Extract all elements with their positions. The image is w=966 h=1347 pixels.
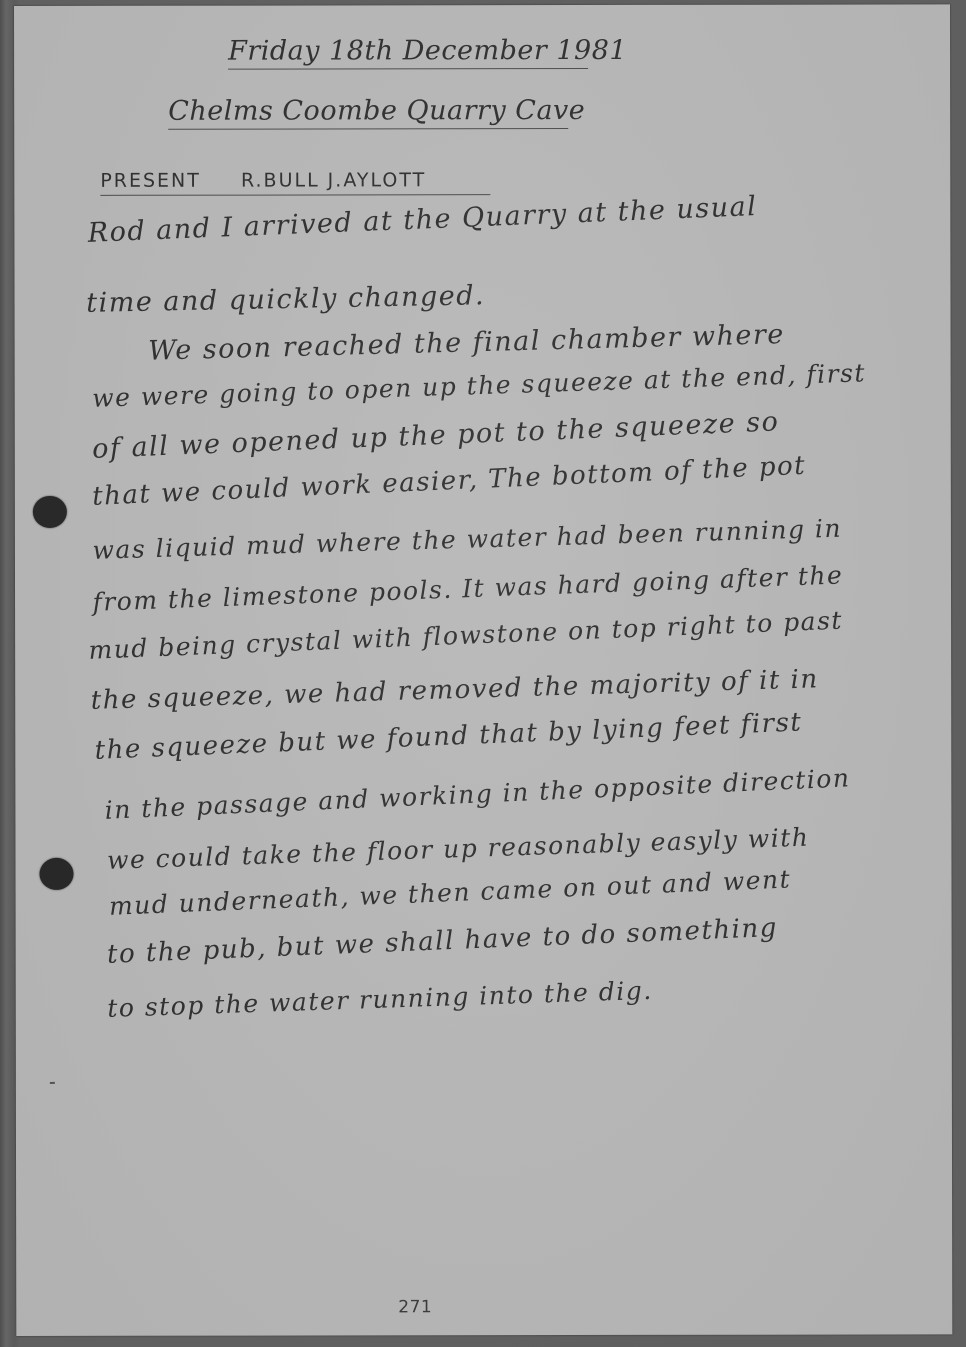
date-heading: Friday 18th December 1981 <box>228 35 588 70</box>
body-line-12: in the passage and working in the opposi… <box>104 763 851 825</box>
body-line-7: was liquid mud where the water had been … <box>92 514 842 565</box>
present-line: PRESENT R.BULL J.AYLOTT <box>100 169 490 196</box>
body-line-3: We soon reached the final chamber where <box>148 319 785 367</box>
body-line-15: to the pub, but we shall have to do some… <box>106 913 778 970</box>
body-line-8: from the limestone pools. It was hard go… <box>92 560 844 617</box>
body-line-10: the squeeze, we had removed the majority… <box>90 664 819 716</box>
punch-hole-bottom <box>39 858 73 890</box>
body-line-1: Rod and I arrived at the Quarry at the u… <box>87 191 758 249</box>
punch-hole-top <box>33 496 67 528</box>
present-label: PRESENT <box>100 170 201 192</box>
body-line-9: mud being crystal with flowstone on top … <box>88 606 843 665</box>
page-number: 271 <box>398 1297 432 1317</box>
location-heading: Chelms Coombe Quarry Cave <box>168 95 568 130</box>
stray-pen-mark <box>50 1082 55 1084</box>
present-names: R.BULL J.AYLOTT <box>241 169 426 191</box>
body-line-4: we were going to open up the squeeze at … <box>92 358 867 413</box>
body-line-14: mud underneath, we then came on out and … <box>108 864 791 920</box>
body-line-11: the squeeze but we found that by lying f… <box>94 707 803 765</box>
notebook-page: Friday 18th December 1981 Chelms Coombe … <box>14 4 952 1336</box>
body-line-2: time and quickly changed. <box>86 280 485 319</box>
body-line-16: to stop the water running into the dig. <box>107 976 653 1023</box>
